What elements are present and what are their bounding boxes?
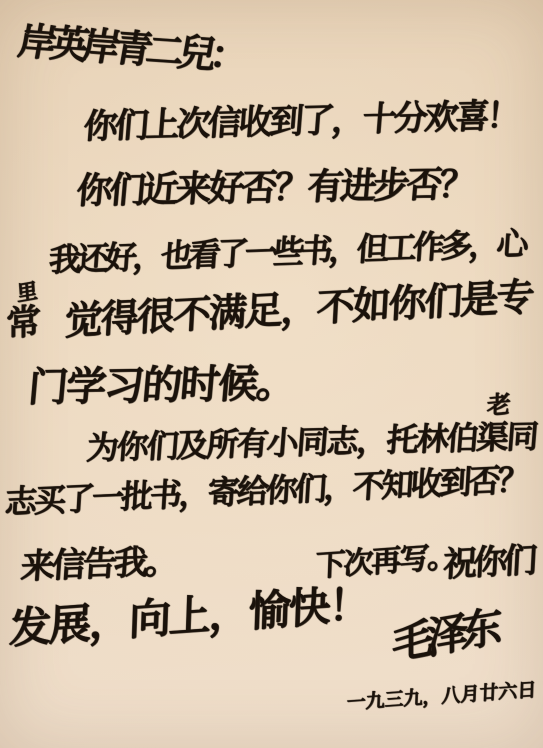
salutation-line: 岸英岸青二兒： (15, 22, 245, 75)
body-line-5: 门学习的时候。 (26, 363, 295, 408)
signature: 毛泽东 (392, 606, 495, 667)
letter-paper: 岸英岸青二兒： 你们上次信收到了，十分欢喜！ 你们近来好否？有进步否？ 我还好，… (0, 0, 543, 748)
body-line-9: 下次再写。 (315, 542, 456, 582)
body-line-6: 为你们及所有小同志，托林伯渠同 (85, 420, 537, 464)
margin-inserted-char: 常 (6, 304, 41, 343)
body-line-3: 我还好，也看了一些书，但工作多，心 (48, 227, 526, 276)
inserted-correction-char: 老 (487, 392, 511, 418)
body-line-4: 觉得很不满足，不如你们是专 (64, 278, 533, 341)
body-line-1: 你们上次信收到了，十分欢喜！ (82, 99, 519, 144)
date-line: 一九三九，八月廿六日 (346, 681, 536, 713)
body-line-11-wish: 发展，向上，愉快！ (9, 583, 370, 650)
body-line-10-wish-opening: 祝你们 (442, 543, 534, 582)
body-line-2: 你们近来好否？有进步否？ (75, 167, 474, 210)
body-line-8: 来信告我。 (20, 545, 177, 585)
body-line-7: 志买了一批书，寄给你们，不知收到否？ (4, 463, 527, 518)
